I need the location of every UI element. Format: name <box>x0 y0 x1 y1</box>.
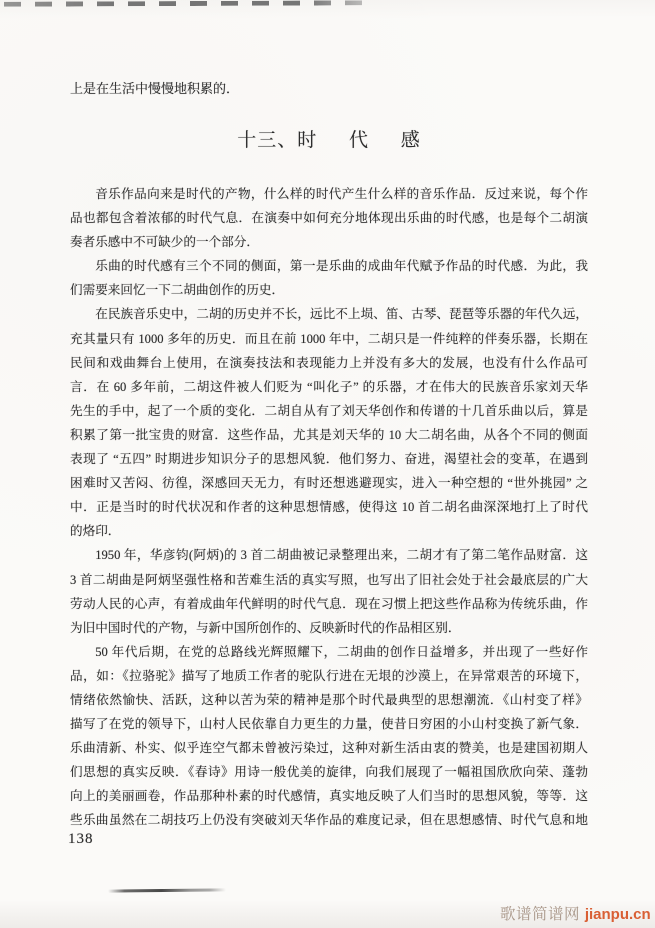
text-line: 为旧中国时代的产物，与新中国所创作的、反映新时代的作品相区别． <box>70 616 588 640</box>
text-line: 困难时又苦闷、彷徨，深感回天无力，有时还想逃避现实，进入一种空想的 “世外挑园”… <box>70 471 588 495</box>
text-line: 们思想的真实反映．《春诗》用诗一般优美的旋律，向我们展现了一幅祖国欣欣向荣、蓬勃 <box>70 760 588 784</box>
chapter-title: 十三、时 代 感 <box>70 125 588 152</box>
page-number: 138 <box>68 831 94 848</box>
watermark-site-url: jianpu.cn <box>585 906 651 923</box>
text-line: 民间和戏曲舞台上使用，在演奏技法和表现能力上并没有多大的发展，也没有什么作品可 <box>70 351 588 375</box>
text-line: 充其量只有 1000 多年的历史．而且在前 1000 年中，二胡只是一件纯粹的伴… <box>70 327 588 351</box>
text-line: 3 首二胡曲是阿炳坚强性格和苦难生活的真实写照，也写出了旧社会处于社会最底层的广… <box>70 568 588 592</box>
watermark-site-name: 歌谱简谱网 <box>500 906 580 923</box>
body-text: 音乐作品向来是时代的产物，什么样的时代产生什么样的音乐作品．反过来说，每个作品也… <box>70 182 588 833</box>
text-line: 们需要来回忆一下二胡曲创作的历史． <box>70 278 588 302</box>
text-line: 劳动人民的心声，有着成曲年代鲜明的时代气息．现在习惯上把这些作品称为传统乐曲，作 <box>70 592 588 616</box>
text-line: 表现了 “五四” 时期进步知识分子的思想风貌．他们努力、奋进，渴望社会的变革，在… <box>70 447 588 471</box>
text-line: 1950 年，华彦钧(阿炳)的 3 首二胡曲被记录整理出来，二胡才有了第二笔作品… <box>70 543 588 567</box>
text-line: 品也都包含着浓郁的时代气息．在演奏中如何充分地体现出乐曲的时代感，也是每个二胡演 <box>70 206 588 230</box>
text-line: 品，如：《拉骆驼》描写了地质工作者的驼队行进在无垠的沙漠上，在异常艰苦的环境下， <box>70 664 588 688</box>
text-line: 乐曲清新、朴实、似乎连空气都未曾被污染过，这种对新生活由衷的赞美，也是建国初期人 <box>70 736 588 760</box>
scan-artifact-line <box>108 888 226 892</box>
text-line: 的烙印． <box>70 519 588 543</box>
text-line: 积累了第一批宝贵的财富．这些作品，尤其是刘天华的 10 大二胡名曲，从各个不同的… <box>70 423 588 447</box>
watermark: 歌谱简谱网 jianpu.cn <box>500 902 651 924</box>
text-line: 先生的手中，起了一个质的变化．二胡自从有了刘天华创作和传谱的十几首乐曲以后，算是 <box>70 399 588 423</box>
text-line: 些乐曲虽然在二胡技巧上仍没有突破刘天华作品的难度记录，但在思想感情、时代气息和地 <box>70 808 588 832</box>
text-line: 50 年代后期，在党的总路线光辉照耀下，二胡曲的创作日益增多，并出现了一些好作 <box>70 640 588 664</box>
text-line: 情绪依然愉快、活跃，这种以苦为荣的精神是那个时代最典型的思想潮流．《山村变了样》 <box>70 688 588 712</box>
continuation-text-line: 上是在生活中慢慢地积累的． <box>70 80 588 98</box>
text-line: 描写了在党的领导下，山村人民依靠自力更生的力量，使昔日穷困的小山村变换了新气象． <box>70 712 588 736</box>
text-line: 在民族音乐史中，二胡的历史并不长，远比不上埙、笛、古琴、琵琶等乐器的年代久远， <box>70 302 588 326</box>
text-line: 向上的美丽画卷，作品那种朴素的时代感情，真实地反映了人们当时的思想风貌，等等．这 <box>70 784 588 808</box>
text-line: 中．正是当时的时代状况和作者的这种思想情感，使得这 10 首二胡名曲深深地打上了… <box>70 495 588 519</box>
text-line: 乐曲的时代感有三个不同的侧面，第一是乐曲的成曲年代赋予作品的时代感．为此，我 <box>70 254 588 278</box>
text-line: 奏者乐感中不可缺少的一个部分． <box>70 230 588 254</box>
text-line: 言．在 60 多年前，二胡这件被人们贬为 “叫化子” 的乐器，才在伟大的民族音乐… <box>70 375 588 399</box>
text-line: 音乐作品向来是时代的产物，什么样的时代产生什么样的音乐作品．反过来说，每个作 <box>70 182 588 206</box>
scan-perforation-marks <box>4 0 374 7</box>
